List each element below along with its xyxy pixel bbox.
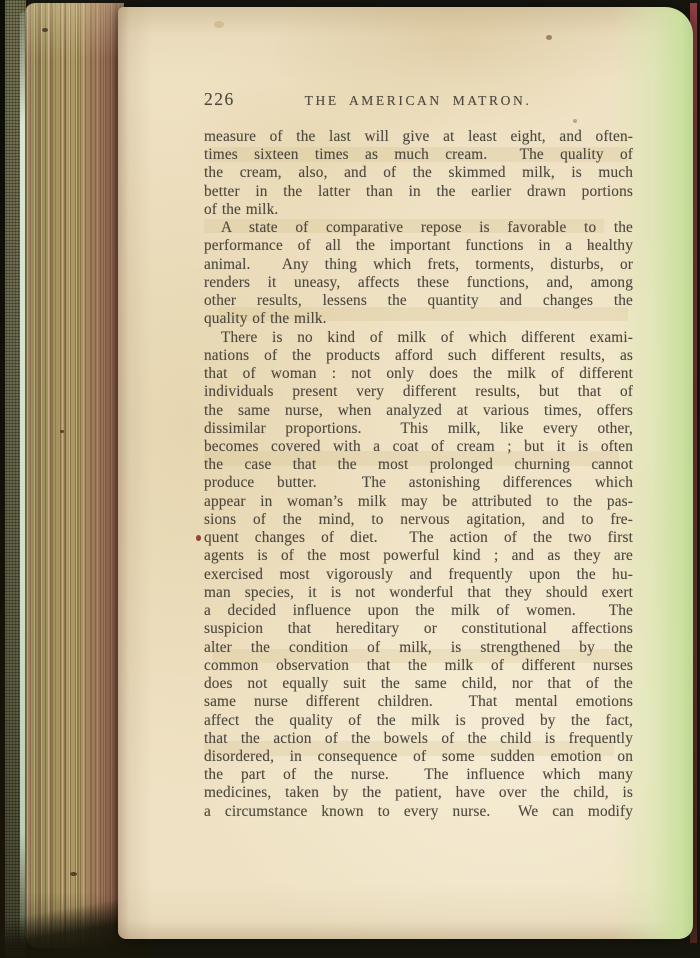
text-line: other results, lessens the quantity and … <box>204 292 633 310</box>
text-line: appear in woman’s milk may be attributed… <box>204 493 633 511</box>
text-line: the part of the nurse. The influence whi… <box>204 766 633 784</box>
text-line: nations of the products afford such diff… <box>204 347 633 365</box>
fore-edge-page-stack <box>25 3 124 948</box>
text-line: disordered, in consequence of some sudde… <box>204 748 633 766</box>
text-line: that of woman : not only does the milk o… <box>204 365 633 383</box>
text-line: animal. Any thing which frets, torments,… <box>204 256 633 274</box>
text-line: There is no kind of milk of which differ… <box>204 329 633 347</box>
foxing-speck <box>214 21 224 28</box>
text-line: produce butter. The astonishing differen… <box>204 474 633 492</box>
text-line: measure of the last will give at least e… <box>204 128 633 146</box>
page-stack-fleck <box>70 872 77 876</box>
text-line: becomes covered with a coat of cream ; b… <box>204 438 633 456</box>
running-title: THE AMERICAN MATRON. <box>204 93 632 109</box>
foxing-speck <box>573 119 577 123</box>
text-line: the case that the most prolonged churnin… <box>204 456 633 474</box>
foxing-speck <box>546 35 552 40</box>
text-line: individuals present very different resul… <box>204 383 633 401</box>
text-line: quality of the milk. <box>204 310 633 328</box>
text-line: same nurse different children. That ment… <box>204 693 633 711</box>
page-stack-fleck <box>60 430 64 433</box>
text-line: alter the condition of milk, is strength… <box>204 639 633 657</box>
text-line: of the milk. <box>204 201 633 219</box>
text-line: medicines, taken by the patient, have ov… <box>204 784 633 802</box>
text-line: quent changes of diet. The action of the… <box>204 529 633 547</box>
body-text: measure of the last will give at least e… <box>204 128 633 821</box>
text-line: the same nurse, when analyzed at various… <box>204 402 633 420</box>
text-line: renders it uneasy, affects these functio… <box>204 274 633 292</box>
text-line: dissimilar proportions. This milk, like … <box>204 420 633 438</box>
text-line: agents is of the most powerful kind ; an… <box>204 547 633 565</box>
text-line: that the action of the bowels of the chi… <box>204 730 633 748</box>
book-page: 226 THE AMERICAN MATRON. measure of the … <box>118 7 693 939</box>
text-line: man species, it is not wonderful that th… <box>204 584 633 602</box>
text-line: affect the quality of the milk is proved… <box>204 712 633 730</box>
text-line: times sixteen times as much cream. The q… <box>204 146 633 164</box>
text-line: exercised most vigorously and frequently… <box>204 566 633 584</box>
text-line: does not equally suit the same child, no… <box>204 675 633 693</box>
page-stack-fleck <box>42 28 48 32</box>
text-line: a decided influence upon the milk of wom… <box>204 602 633 620</box>
text-line: A state of comparative repose is favorab… <box>204 219 633 237</box>
red-ink-dot <box>196 535 201 541</box>
text-line: a circumstance known to every nurse. We … <box>204 803 633 821</box>
text-line: better in the latter than in the earlier… <box>204 183 633 201</box>
text-line: suspicion that hereditary or constitutio… <box>204 620 633 638</box>
text-line: performance of all the important functio… <box>204 237 633 255</box>
book-scan: 226 THE AMERICAN MATRON. measure of the … <box>0 0 700 958</box>
book-cover-edge <box>0 0 5 958</box>
text-line: sions of the mind, to nervous agitation,… <box>204 511 633 529</box>
text-line: common observation that the milk of diff… <box>204 657 633 675</box>
text-line: the cream, also, and of the skimmed milk… <box>204 164 633 182</box>
